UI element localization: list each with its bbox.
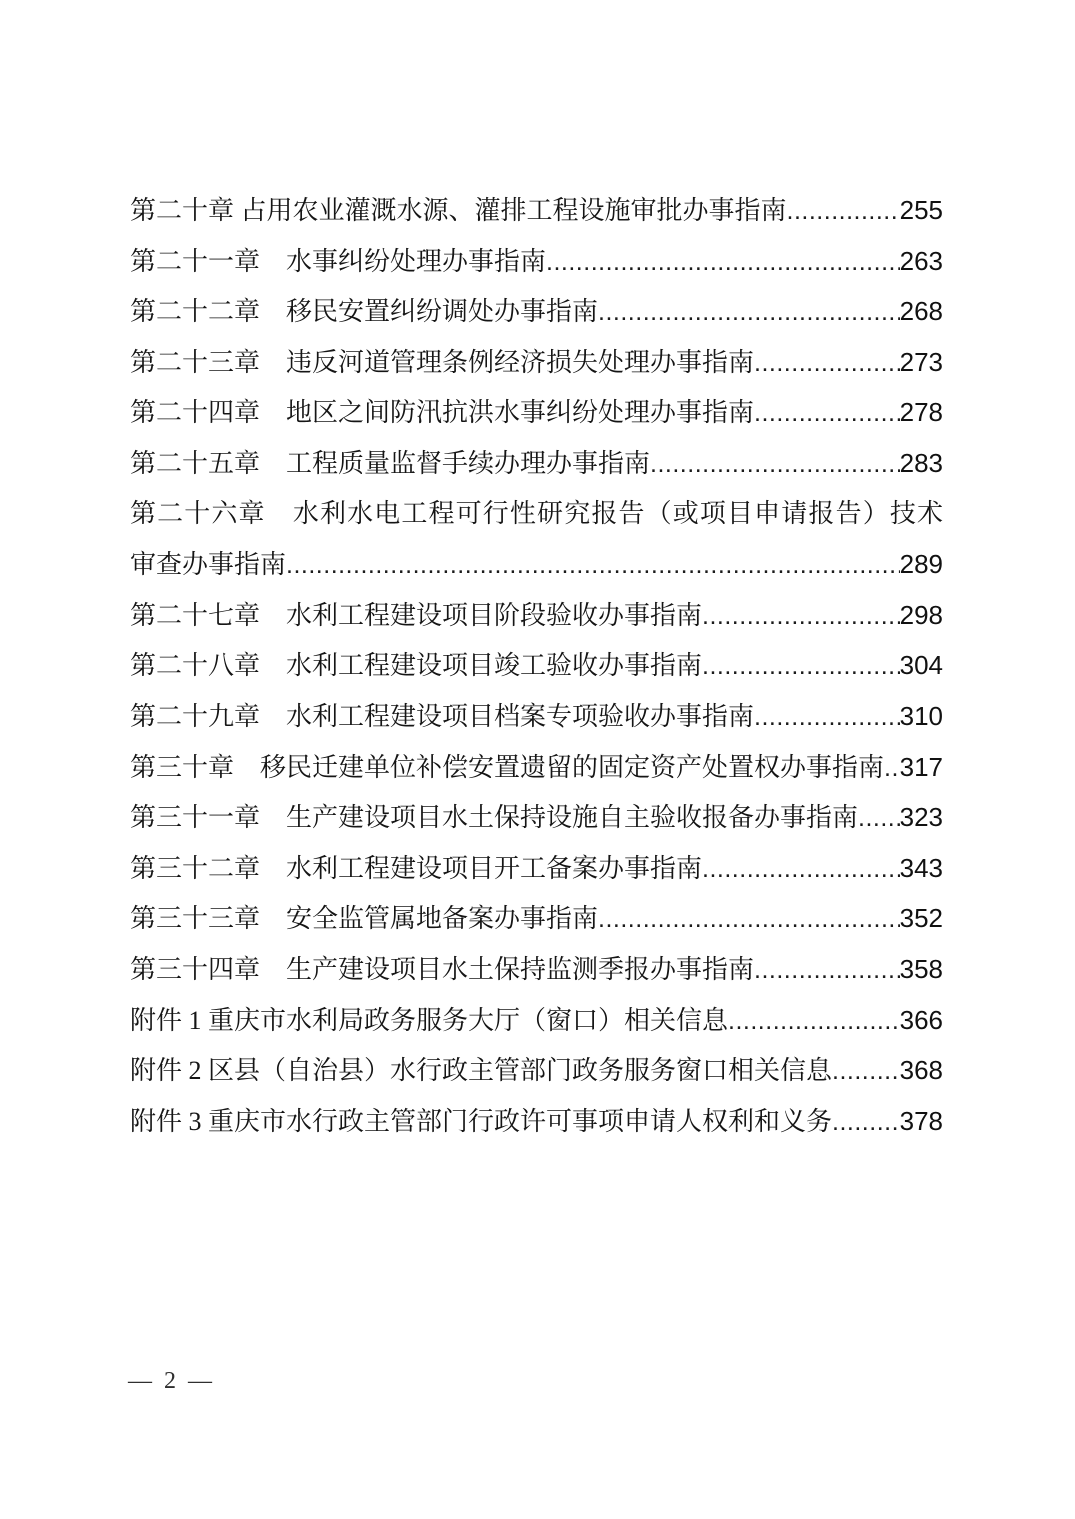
toc-page-number: 352: [900, 893, 943, 944]
toc-page-number: 289: [900, 539, 943, 590]
toc-entry-title: 第二十七章 水利工程建设项目阶段验收办事指南: [130, 591, 702, 642]
toc-entry-title: 第二十章 占用农业灌溉水源、灌排工程设施审批办事指南: [130, 186, 787, 237]
toc-entry: 第三十一章 生产建设项目水土保持设施自主验收报备办事指南 ...........…: [130, 792, 943, 843]
toc-entry: 第二十五章 工程质量监督手续办理办事指南 ...................…: [130, 438, 943, 489]
toc-page-number: 310: [900, 691, 943, 742]
toc-entry-title: 第二十八章 水利工程建设项目竣工验收办事指南: [130, 641, 702, 692]
page-footer: — 2 —: [128, 1368, 215, 1395]
toc-leader-dots: ........................................…: [650, 439, 900, 490]
toc-leader-dots: ........................................…: [832, 1046, 900, 1097]
toc-leader-dots: ........................................…: [832, 1097, 900, 1148]
toc-page-number: 278: [900, 387, 943, 438]
toc-page-number: 317: [900, 742, 943, 793]
toc-leader-dots: ........................................…: [884, 743, 900, 794]
toc-entry: 第二十四章 地区之间防汛抗洪水事纠纷处理办事指南 ...............…: [130, 387, 943, 438]
toc-page-number: 298: [900, 590, 943, 641]
toc-entry: 第二十二章 移民安置纠纷调处办事指南 .....................…: [130, 286, 943, 337]
toc-leader-dots: ........................................…: [598, 894, 900, 945]
toc-entry: 第二十七章 水利工程建设项目阶段验收办事指南 .................…: [130, 590, 943, 641]
toc-entry-title: 第三十三章 安全监管属地备案办事指南: [130, 894, 598, 945]
toc-leader-dots: ........................................…: [702, 641, 900, 692]
toc-entry: 第二十三章 违反河道管理条例经济损失处理办事指南 ...............…: [130, 337, 943, 388]
toc-entry: 第二十八章 水利工程建设项目竣工验收办事指南 .................…: [130, 640, 943, 691]
toc-entry-appendix: 附件 2 区县（自治县）水行政主管部门政务服务窗口相关信息 ..........…: [130, 1045, 943, 1096]
toc-entry: 第二十九章 水利工程建设项目档案专项验收办事指南 ...............…: [130, 691, 943, 742]
toc-page-number: 268: [900, 286, 943, 337]
toc-entry-title: 第三十一章 生产建设项目水土保持设施自主验收报备办事指南: [130, 793, 858, 844]
toc-entry-appendix: 附件 3 重庆市水行政主管部门行政许可事项申请人权利和义务 ..........…: [130, 1096, 943, 1147]
toc-entry: 第二十章 占用农业灌溉水源、灌排工程设施审批办事指南 .............…: [130, 185, 943, 236]
toc-entry-title: 附件 1 重庆市水利局政务服务大厅（窗口）相关信息: [130, 996, 728, 1047]
toc-page-number: 263: [900, 236, 943, 287]
toc-entry-appendix: 附件 1 重庆市水利局政务服务大厅（窗口）相关信息 ..............…: [130, 995, 943, 1046]
toc-page-number: 343: [900, 843, 943, 894]
toc-leader-dots: ........................................…: [754, 338, 900, 389]
toc-entry-title: 第二十二章 移民安置纠纷调处办事指南: [130, 287, 598, 338]
toc-entry: 第三十四章 生产建设项目水土保持监测季报办事指南 ...............…: [130, 944, 943, 995]
toc-leader-dots: ........................................…: [286, 540, 900, 591]
toc-leader-dots: ........................................…: [858, 793, 900, 844]
toc-page-number: 273: [900, 337, 943, 388]
toc-leader-dots: ........................................…: [754, 388, 900, 439]
toc-entry-title: 第二十三章 违反河道管理条例经济损失处理办事指南: [130, 338, 754, 389]
toc-entry: 第二十一章 水事纠纷处理办事指南 .......................…: [130, 236, 943, 287]
toc-page-number: 323: [900, 792, 943, 843]
toc-entry-title: 第二十九章 水利工程建设项目档案专项验收办事指南: [130, 692, 754, 743]
toc-leader-dots: ........................................…: [787, 186, 900, 237]
toc-page-number: 304: [900, 640, 943, 691]
toc-entry-title: 第三十四章 生产建设项目水土保持监测季报办事指南: [130, 945, 754, 996]
toc-leader-dots: ........................................…: [598, 287, 900, 338]
toc-page-number: 358: [900, 944, 943, 995]
toc-entry-title: 第三十章 移民迁建单位补偿安置遗留的固定资产处置权办事指南: [130, 743, 884, 794]
toc-entry-title: 审查办事指南: [130, 540, 286, 591]
toc-entry: 第三十章 移民迁建单位补偿安置遗留的固定资产处置权办事指南 ..........…: [130, 742, 943, 793]
toc-leader-dots: ........................................…: [754, 945, 900, 996]
toc-page-number: 283: [900, 438, 943, 489]
table-of-contents: 第二十章 占用农业灌溉水源、灌排工程设施审批办事指南 .............…: [130, 185, 943, 1146]
toc-entry-title: 第二十四章 地区之间防汛抗洪水事纠纷处理办事指南: [130, 388, 754, 439]
toc-leader-dots: ........................................…: [754, 692, 900, 743]
toc-entry-title: 附件 3 重庆市水行政主管部门行政许可事项申请人权利和义务: [130, 1097, 832, 1148]
toc-entry: 第三十二章 水利工程建设项目开工备案办事指南 .................…: [130, 843, 943, 894]
toc-page-number: 378: [900, 1096, 943, 1147]
toc-entry: 第三十三章 安全监管属地备案办事指南 .....................…: [130, 893, 943, 944]
toc-page-number: 366: [900, 995, 943, 1046]
footer-page-number: — 2 —: [128, 1368, 215, 1394]
toc-leader-dots: ........................................…: [546, 237, 900, 288]
document-page: 第二十章 占用农业灌溉水源、灌排工程设施审批办事指南 .............…: [0, 0, 1075, 1519]
toc-entry-title: 附件 2 区县（自治县）水行政主管部门政务服务窗口相关信息: [130, 1046, 832, 1097]
toc-entry-title: 第二十一章 水事纠纷处理办事指南: [130, 237, 546, 288]
toc-entry-wrapped-second-line: 审查办事指南 .................................…: [130, 539, 943, 590]
toc-page-number: 255: [900, 185, 943, 236]
toc-leader-dots: ........................................…: [702, 844, 900, 895]
toc-leader-dots: ........................................…: [702, 591, 900, 642]
toc-page-number: 368: [900, 1045, 943, 1096]
toc-entry-title: 第二十五章 工程质量监督手续办理办事指南: [130, 439, 650, 490]
toc-entry-title: 第二十六章 水利水电工程可行性研究报告（或项目申请报告）技术: [130, 499, 943, 528]
toc-entry-title: 第三十二章 水利工程建设项目开工备案办事指南: [130, 844, 702, 895]
toc-leader-dots: ........................................…: [728, 996, 900, 1047]
toc-entry-wrapped-first-line: 第二十六章 水利水电工程可行性研究报告（或项目申请报告）技术: [130, 489, 943, 540]
